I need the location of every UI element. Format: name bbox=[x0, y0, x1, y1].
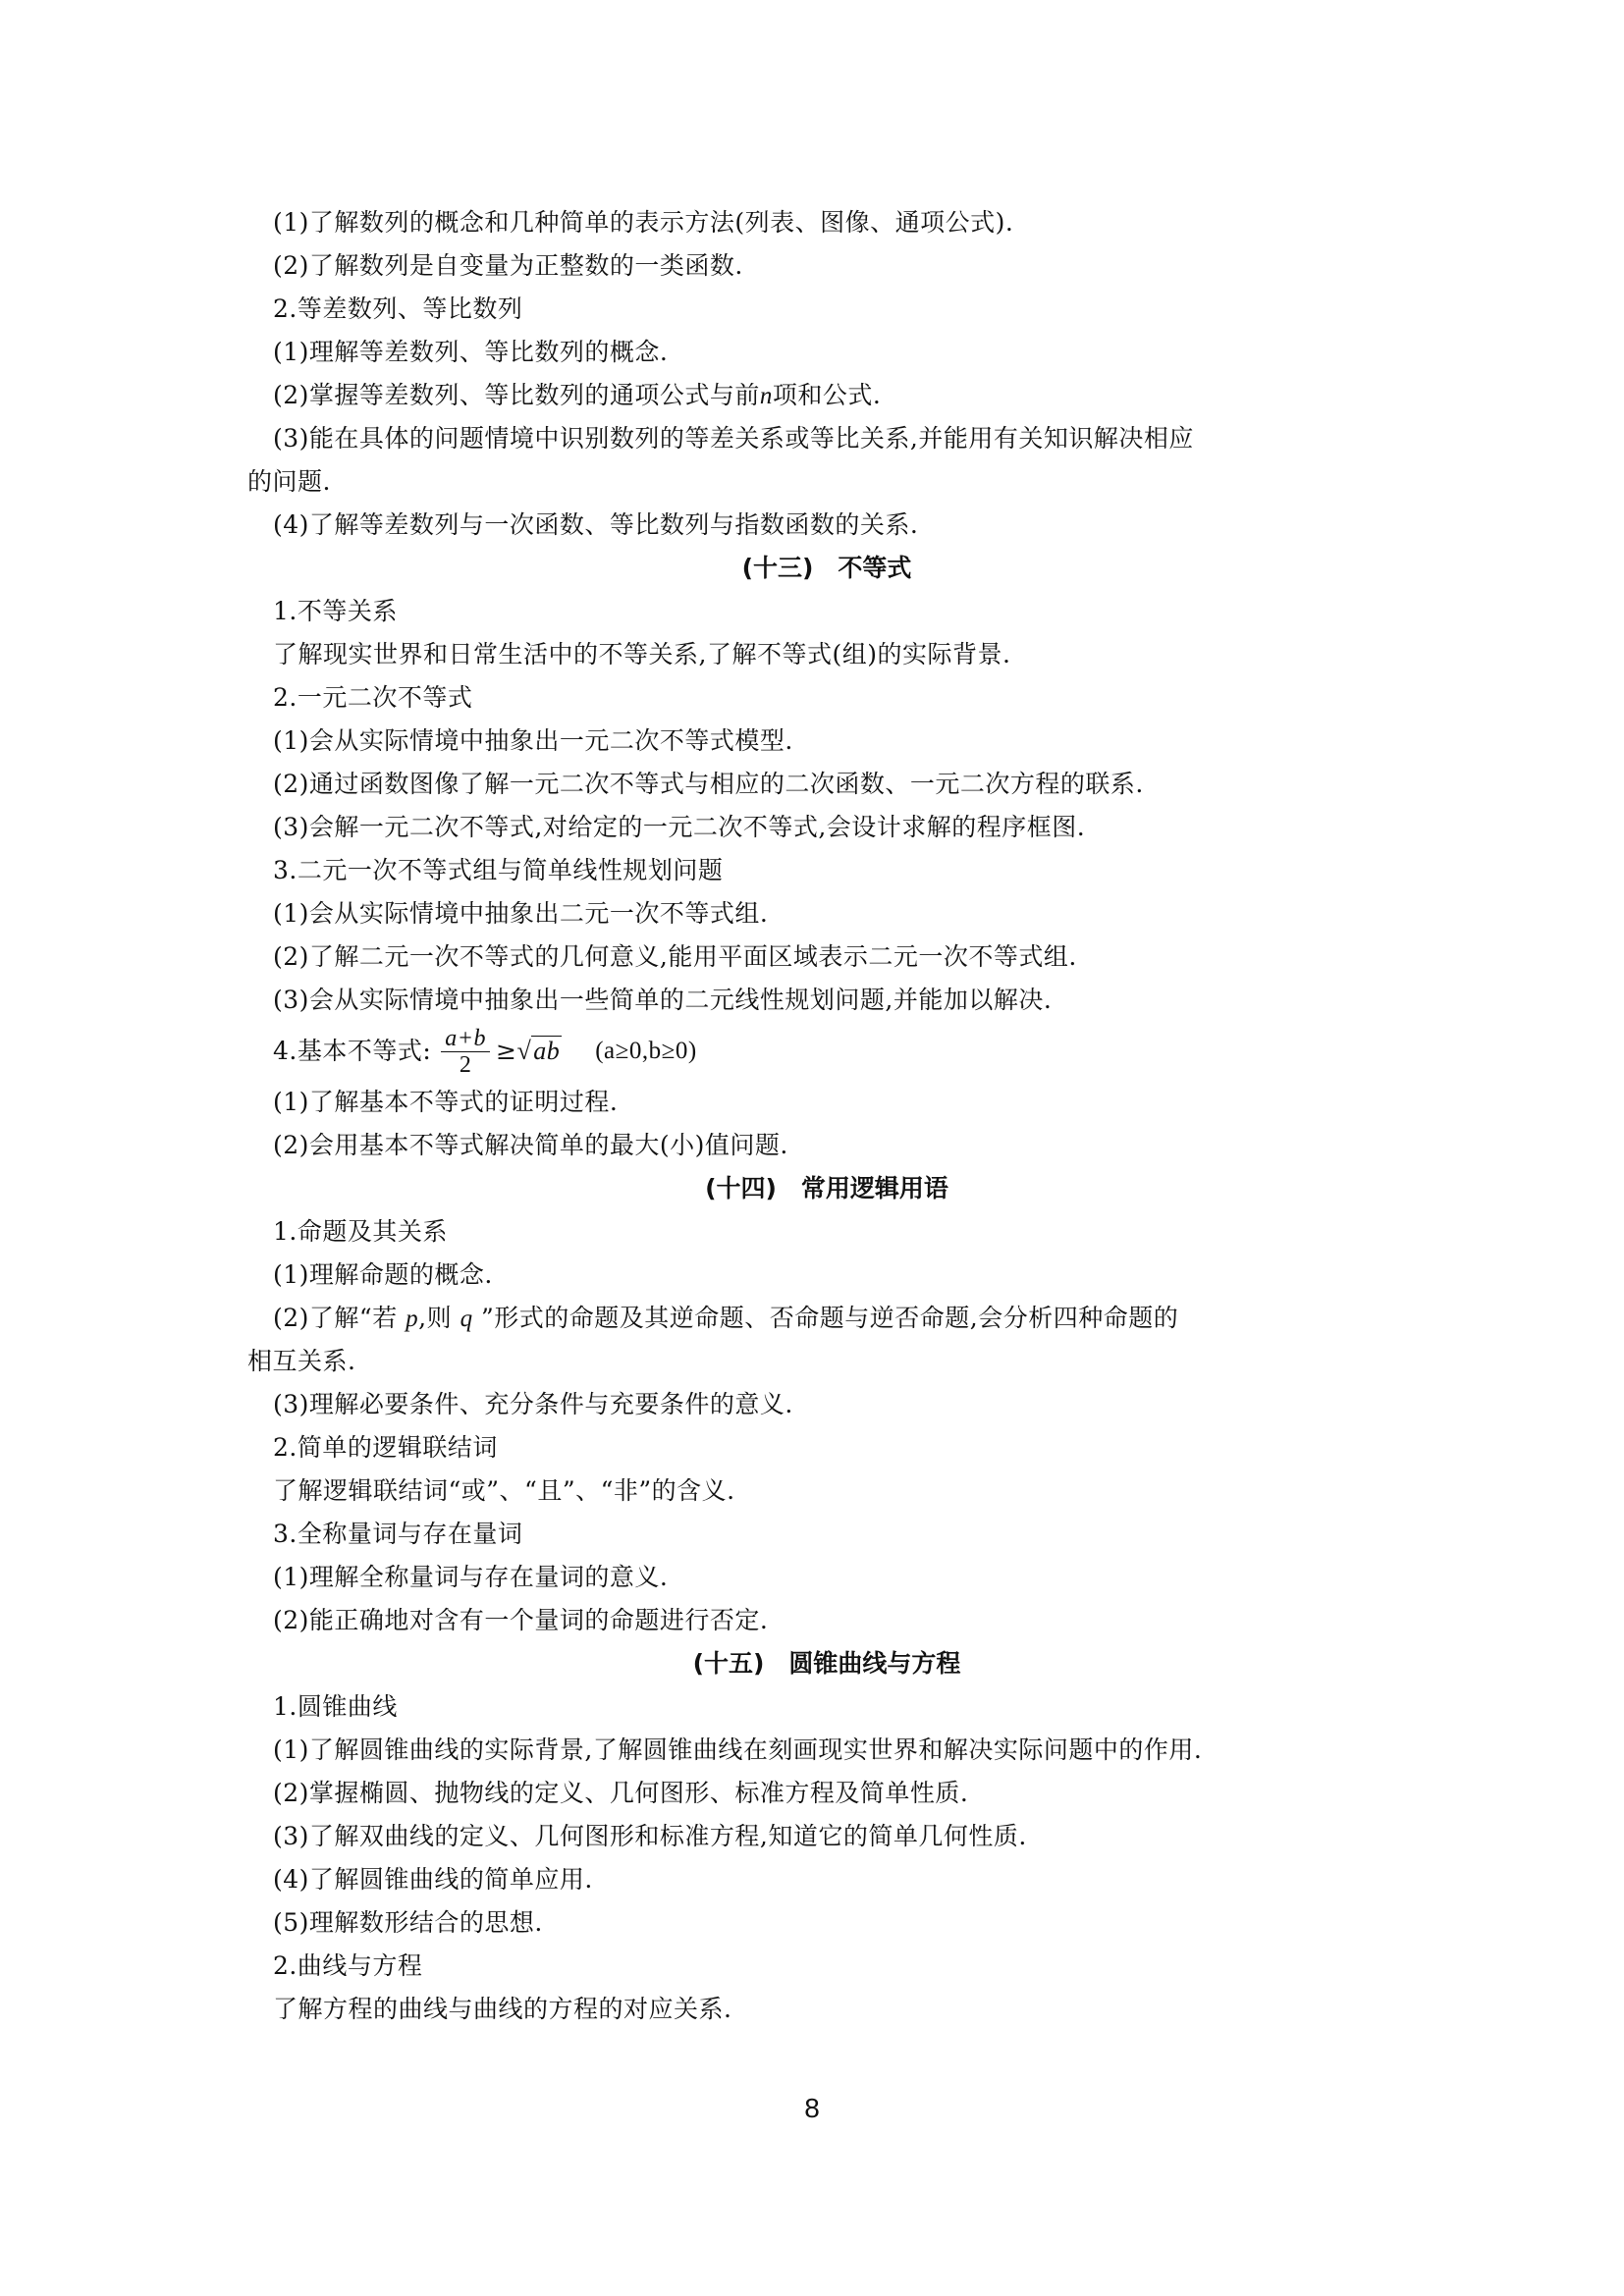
text-line: (2)了解二元一次不等式的几何意义,能用平面区域表示二元一次不等式组. bbox=[247, 935, 1386, 979]
text-line: (4)了解圆锥曲线的简单应用. bbox=[247, 1858, 1386, 1901]
subsection-title: 2.等差数列、等比数列 bbox=[247, 288, 1386, 331]
basic-inequality-formula: 4.基本不等式: a+b 2 ≥ √ab (a≥0,b≥0) bbox=[247, 1022, 1386, 1081]
text-line: (2)掌握等差数列、等比数列的通项公式与前n项和公式. bbox=[247, 374, 1386, 417]
text-line: (2)了解数列是自变量为正整数的一类函数. bbox=[247, 244, 1386, 288]
text-line: (1)了解圆锥曲线的实际背景,了解圆锥曲线在刻画现实世界和解决实际问题中的作用. bbox=[247, 1729, 1386, 1772]
text-line: (3)会解一元二次不等式,对给定的一元二次不等式,会设计求解的程序框图. bbox=[247, 806, 1386, 849]
formula-label: 4.基本不等式: bbox=[273, 1022, 431, 1081]
text-line: (1)理解命题的概念. bbox=[247, 1254, 1386, 1297]
fraction-numerator: a+b bbox=[441, 1026, 490, 1052]
subsection-title: 1.圆锥曲线 bbox=[247, 1685, 1386, 1729]
page-number: 8 bbox=[0, 2093, 1624, 2124]
text-line: (1)了解基本不等式的证明过程. bbox=[247, 1081, 1386, 1124]
fraction-denominator: 2 bbox=[460, 1052, 472, 1078]
text-line: (1)会从实际情境中抽象出一元二次不等式模型. bbox=[247, 720, 1386, 763]
text-line: 了解现实世界和日常生活中的不等关系,了解不等式(组)的实际背景. bbox=[247, 633, 1386, 676]
text-line: 了解逻辑联结词“或”、“且”、“非”的含义. bbox=[247, 1469, 1386, 1513]
document-page: (1)了解数列的概念和几种简单的表示方法(列表、图像、通项公式). (2)了解数… bbox=[247, 201, 1386, 2031]
text-line: (1)理解等差数列、等比数列的概念. bbox=[247, 331, 1386, 374]
square-root: √ab bbox=[516, 1022, 562, 1081]
section-heading-13: (十三) 不等式 bbox=[247, 547, 1386, 590]
text-line: (1)理解全称量词与存在量词的意义. bbox=[247, 1556, 1386, 1599]
text-line: (2)通过函数图像了解一元二次不等式与相应的二次函数、一元二次方程的联系. bbox=[247, 763, 1386, 806]
subsection-title: 2.简单的逻辑联结词 bbox=[247, 1426, 1386, 1469]
subsection-title: 2.一元二次不等式 bbox=[247, 676, 1386, 720]
formula-condition: (a≥0,b≥0) bbox=[595, 1022, 696, 1081]
subsection-title: 1.不等关系 bbox=[247, 590, 1386, 633]
subsection-title: 2.曲线与方程 bbox=[247, 1945, 1386, 1988]
math-var-n: n bbox=[760, 383, 773, 409]
text-line: (3)会从实际情境中抽象出一些简单的二元线性规划问题,并能加以解决. bbox=[247, 979, 1386, 1022]
text-line: (3)理解必要条件、充分条件与充要条件的意义. bbox=[247, 1383, 1386, 1426]
text-line-continuation: 的问题. bbox=[247, 460, 1386, 504]
fraction: a+b 2 bbox=[441, 1026, 490, 1078]
text-line: (5)理解数形结合的思想. bbox=[247, 1901, 1386, 1945]
text-line: 了解方程的曲线与曲线的方程的对应关系. bbox=[247, 1988, 1386, 2031]
subsection-title: 3.二元一次不等式组与简单线性规划问题 bbox=[247, 849, 1386, 892]
text-line: (3)了解双曲线的定义、几何图形和标准方程,知道它的简单几何性质. bbox=[247, 1815, 1386, 1858]
subsection-title: 3.全称量词与存在量词 bbox=[247, 1513, 1386, 1556]
section-heading-15: (十五) 圆锥曲线与方程 bbox=[247, 1642, 1386, 1685]
text-line: (1)了解数列的概念和几种简单的表示方法(列表、图像、通项公式). bbox=[247, 201, 1386, 244]
math-var-q: q bbox=[460, 1306, 473, 1332]
section-heading-14: (十四) 常用逻辑用语 bbox=[247, 1167, 1386, 1210]
text-line: (2)了解“若 p,则 q ”形式的命题及其逆命题、否命题与逆否命题,会分析四种… bbox=[247, 1297, 1386, 1340]
text-line: (4)了解等差数列与一次函数、等比数列与指数函数的关系. bbox=[247, 504, 1386, 547]
text-line: (2)会用基本不等式解决简单的最大(小)值问题. bbox=[247, 1124, 1386, 1167]
subsection-title: 1.命题及其关系 bbox=[247, 1210, 1386, 1254]
text-line: (3)能在具体的问题情境中识别数列的等差关系或等比关系,并能用有关知识解决相应 bbox=[247, 417, 1386, 460]
text-line-continuation: 相互关系. bbox=[247, 1340, 1386, 1383]
text-line: (1)会从实际情境中抽象出二元一次不等式组. bbox=[247, 892, 1386, 935]
relation-symbol: ≥ bbox=[496, 1022, 516, 1081]
radicand: ab bbox=[531, 1036, 562, 1065]
math-var-p: p bbox=[406, 1306, 418, 1332]
text-line: (2)能正确地对含有一个量词的命题进行否定. bbox=[247, 1599, 1386, 1642]
text-line: (2)掌握椭圆、抛物线的定义、几何图形、标准方程及简单性质. bbox=[247, 1772, 1386, 1815]
